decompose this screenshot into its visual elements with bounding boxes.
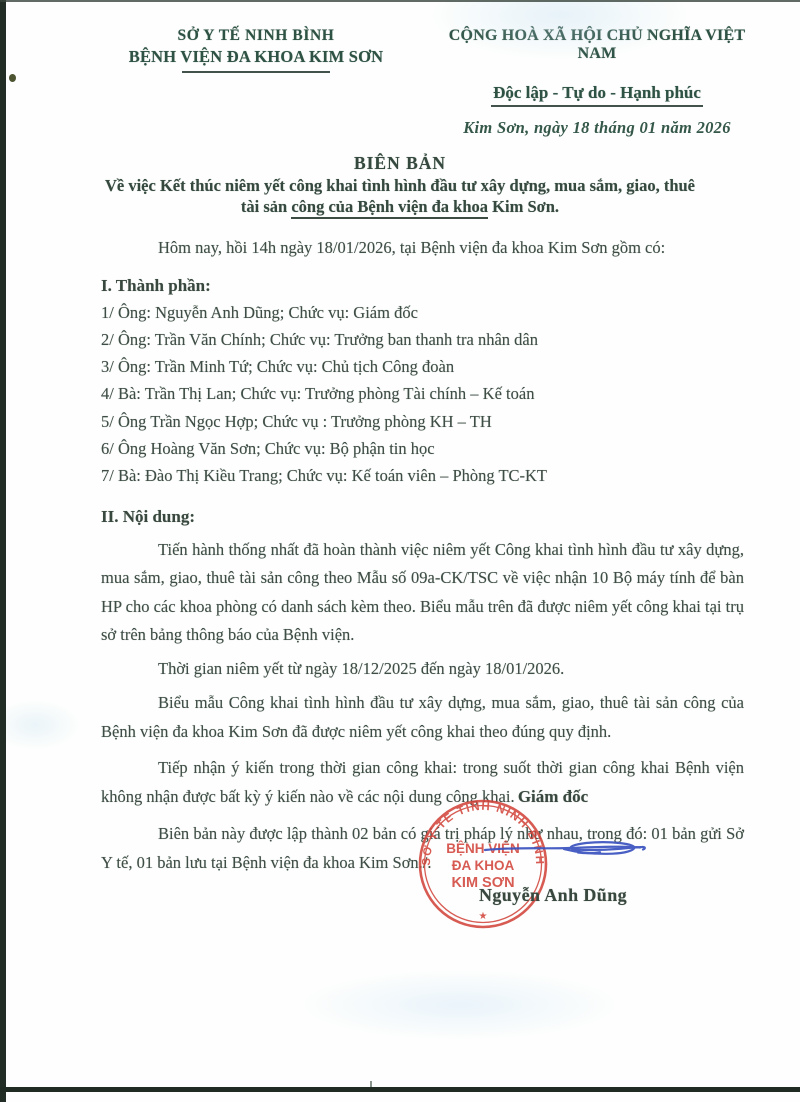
subtitle-line2-underlined: công của Bệnh viện đa khoa <box>291 197 488 219</box>
section-2-heading: II. Nội dung: <box>101 503 744 530</box>
scan-edge-bottom <box>0 1087 800 1092</box>
scan-edge-left <box>0 0 6 1102</box>
participant-row: 7/ Bà: Đào Thị Kiều Trang; Chức vụ: Kế t… <box>101 462 744 489</box>
document-body: Hôm nay, hồi 14h ngày 18/01/2026, tại Bệ… <box>101 234 744 877</box>
org-name: BỆNH VIỆN ĐA KHOA KIM SƠN <box>80 47 432 67</box>
participant-row: 3/ Ông: Trần Minh Tứ; Chức vụ: Chủ tịch … <box>101 353 744 380</box>
national-title: CỘNG HOÀ XÃ HỘI CHỦ NGHĨA VIỆT NAM <box>432 27 762 63</box>
scanned-document-page: SỞ Y TẾ NINH BÌNH BỆNH VIỆN ĐA KHOA KIM … <box>0 0 800 1102</box>
scan-smudge <box>300 970 620 1040</box>
subtitle-line1: Về việc Kết thúc niêm yết công khai tình… <box>105 176 695 195</box>
content-paragraph: Tiếp nhận ý kiến trong thời gian công kh… <box>101 754 744 811</box>
org-underline <box>182 71 330 73</box>
participant-row: 2/ Ông: Trần Văn Chính; Chức vụ: Trưởng … <box>101 326 744 353</box>
document-title: BIÊN BẢN <box>0 153 800 174</box>
stamp-star-icon: ★ <box>479 911 488 922</box>
scan-smudge <box>0 700 80 750</box>
national-motto: Độc lập - Tự do - Hạnh phúc <box>491 82 703 107</box>
participant-row: 4/ Bà: Trần Thị Lan; Chức vụ: Trưởng phò… <box>101 380 744 407</box>
participant-row: 5/ Ông Trần Ngọc Hợp; Chức vụ : Trưởng p… <box>101 408 744 435</box>
content-paragraph: Thời gian niêm yết từ ngày 18/12/2025 đế… <box>101 655 744 684</box>
subtitle-line2-pre: tài sản <box>241 197 291 216</box>
content-paragraph: Biểu mẫu Công khai tình hình đầu tư xây … <box>101 689 744 746</box>
signer-name: Nguyễn Anh Dũng <box>418 885 688 906</box>
letterhead: SỞ Y TẾ NINH BÌNH BỆNH VIỆN ĐA KHOA KIM … <box>0 0 800 138</box>
intro-paragraph: Hôm nay, hồi 14h ngày 18/01/2026, tại Bệ… <box>101 234 744 263</box>
document-title-block: BIÊN BẢN Về việc Kết thúc niêm yết công … <box>0 153 800 217</box>
document-subtitle: Về việc Kết thúc niêm yết công khai tình… <box>0 175 800 217</box>
subtitle-line2-post: Kim Sơn. <box>488 197 559 216</box>
parent-org-name: SỞ Y TẾ NINH BÌNH <box>80 27 432 45</box>
national-header-block: CỘNG HOÀ XÃ HỘI CHỦ NGHĨA VIỆT NAM Độc l… <box>432 27 800 138</box>
issuing-org-block: SỞ Y TẾ NINH BÌNH BỆNH VIỆN ĐA KHOA KIM … <box>80 27 432 138</box>
content-paragraph: Tiến hành thống nhất đã hoàn thành việc … <box>101 536 744 650</box>
place-dateline: Kim Sơn, ngày 18 tháng 01 năm 2026 <box>432 118 762 138</box>
participant-row: 6/ Ông Hoàng Văn Sơn; Chức vụ: Bộ phận t… <box>101 435 744 462</box>
content-paragraph: Biên bản này được lập thành 02 bản có gi… <box>101 820 744 877</box>
scan-speck <box>9 74 16 82</box>
stamp-center-line3: KIM SƠN <box>451 875 514 891</box>
section-1-heading: I. Thành phần: <box>101 272 744 299</box>
scan-edge-top <box>0 0 800 2</box>
participant-row: 1/ Ông: Nguyễn Anh Dũng; Chức vụ: Giám đ… <box>101 299 744 326</box>
